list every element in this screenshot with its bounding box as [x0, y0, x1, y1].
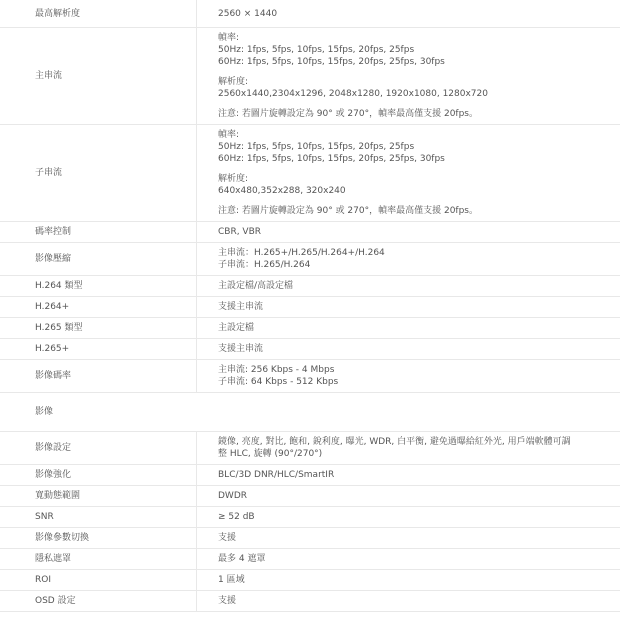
spec-value-line: 2560 × 1440	[218, 8, 578, 20]
spec-label: 影像碼率	[0, 360, 197, 392]
spec-label: 子串流	[0, 125, 197, 221]
spec-label: 影像強化	[0, 465, 197, 485]
spec-value-paragraph: 解析度:2560x1440,2304x1296, 2048x1280, 1920…	[218, 76, 578, 100]
spec-value-line: 注意: 若圖片旋轉設定為 90° 或 270°，幀率最高僅支援 20fps。	[218, 205, 578, 217]
spec-value-paragraph: 主設定檔/高設定檔	[218, 280, 578, 292]
spec-row: 影像設定鏡像, 亮度, 對比, 飽和, 銳利度, 曝光, WDR, 白平衡, 避…	[0, 432, 620, 465]
spec-row: H.265+支援主串流	[0, 339, 620, 360]
spec-value-paragraph: 主串流: 256 Kbps - 4 Mbps子串流: 64 Kbps - 512…	[218, 364, 578, 388]
spec-label: OSD 設定	[0, 591, 197, 611]
spec-value-paragraph: 注意: 若圖片旋轉設定為 90° 或 270°，幀率最高僅支援 20fps。	[218, 205, 578, 217]
spec-value-line: 支援主串流	[218, 301, 578, 313]
spec-value-line: 50Hz: 1fps, 5fps, 10fps, 15fps, 20fps, 2…	[218, 141, 578, 153]
section-title: 影像	[0, 393, 620, 431]
spec-row: H.264+支援主串流	[0, 297, 620, 318]
spec-label: 隱私遮罩	[0, 549, 197, 569]
spec-row: 影像參數切換支援	[0, 528, 620, 549]
spec-value-line: 注意: 若圖片旋轉設定為 90° 或 270°，幀率最高僅支援 20fps。	[218, 108, 578, 120]
spec-value-line: 60Hz: 1fps, 5fps, 10fps, 15fps, 20fps, 2…	[218, 153, 578, 165]
spec-value-paragraph: 注意: 若圖片旋轉設定為 90° 或 270°，幀率最高僅支援 20fps。	[218, 108, 578, 120]
spec-value-line: 支援主串流	[218, 343, 578, 355]
spec-value-line: 子串流: 64 Kbps - 512 Kbps	[218, 376, 578, 388]
spec-label: ROI	[0, 570, 197, 590]
spec-label: 碼率控制	[0, 222, 197, 242]
spec-row: 最高解析度2560 × 1440	[0, 0, 620, 28]
spec-row: 影像強化BLC/3D DNR/HLC/SmartIR	[0, 465, 620, 486]
spec-value: 幀率:50Hz: 1fps, 5fps, 10fps, 15fps, 20fps…	[197, 125, 620, 221]
spec-value-line: 子串流：H.265/H.264	[218, 259, 578, 271]
spec-value-line: BLC/3D DNR/HLC/SmartIR	[218, 469, 578, 481]
spec-value-paragraph: BLC/3D DNR/HLC/SmartIR	[218, 469, 578, 481]
spec-value: 主設定檔/高設定檔	[197, 276, 620, 296]
spec-value: BLC/3D DNR/HLC/SmartIR	[197, 465, 620, 485]
spec-value: 支援主串流	[197, 339, 620, 359]
spec-sheet: 最高解析度2560 × 1440主串流幀率:50Hz: 1fps, 5fps, …	[0, 0, 620, 612]
spec-row: SNR≥ 52 dB	[0, 507, 620, 528]
spec-label: 寬動態範圍	[0, 486, 197, 506]
spec-value-line: 主串流：H.265+/H.265/H.264+/H.264	[218, 247, 578, 259]
spec-label: 最高解析度	[0, 0, 197, 27]
spec-row: 影像壓縮主串流：H.265+/H.265/H.264+/H.264子串流：H.2…	[0, 243, 620, 276]
spec-value-paragraph: 支援	[218, 595, 578, 607]
spec-value-line: ≥ 52 dB	[218, 511, 578, 523]
spec-value-paragraph: 最多 4 遮罩	[218, 553, 578, 565]
spec-value-line: 主串流: 256 Kbps - 4 Mbps	[218, 364, 578, 376]
spec-value-paragraph: 支援主串流	[218, 301, 578, 313]
spec-value-line: 60Hz: 1fps, 5fps, 10fps, 15fps, 20fps, 2…	[218, 56, 578, 68]
spec-row: H.264 類型主設定檔/高設定檔	[0, 276, 620, 297]
spec-label: H.264 類型	[0, 276, 197, 296]
spec-value-line: 解析度:	[218, 76, 578, 88]
spec-value-line: 解析度:	[218, 173, 578, 185]
spec-value-line: 最多 4 遮罩	[218, 553, 578, 565]
spec-value-paragraph: DWDR	[218, 490, 578, 502]
spec-value: 主串流: 256 Kbps - 4 Mbps子串流: 64 Kbps - 512…	[197, 360, 620, 392]
spec-value-line: CBR, VBR	[218, 226, 578, 238]
spec-value-line: 主設定檔/高設定檔	[218, 280, 578, 292]
spec-table: 最高解析度2560 × 1440主串流幀率:50Hz: 1fps, 5fps, …	[0, 0, 620, 393]
spec-label: H.265+	[0, 339, 197, 359]
spec-section: 影像影像設定鏡像, 亮度, 對比, 飽和, 銳利度, 曝光, WDR, 白平衡,…	[0, 393, 620, 612]
spec-value: 幀率:50Hz: 1fps, 5fps, 10fps, 15fps, 20fps…	[197, 28, 620, 124]
spec-value-line: 幀率:	[218, 32, 578, 44]
spec-value-line: 2560x1440,2304x1296, 2048x1280, 1920x108…	[218, 88, 578, 100]
spec-value: DWDR	[197, 486, 620, 506]
spec-value: ≥ 52 dB	[197, 507, 620, 527]
spec-value-paragraph: 主串流：H.265+/H.265/H.264+/H.264子串流：H.265/H…	[218, 247, 578, 271]
spec-label: H.265 類型	[0, 318, 197, 338]
spec-value-line: 1 區域	[218, 574, 578, 586]
spec-value-paragraph: 1 區域	[218, 574, 578, 586]
spec-value: 支援	[197, 591, 620, 611]
spec-row: 寬動態範圍DWDR	[0, 486, 620, 507]
spec-value-line: DWDR	[218, 490, 578, 502]
spec-section: 最高解析度2560 × 1440主串流幀率:50Hz: 1fps, 5fps, …	[0, 0, 620, 393]
spec-page: 最高解析度2560 × 1440主串流幀率:50Hz: 1fps, 5fps, …	[0, 0, 620, 612]
spec-value-paragraph: 幀率:50Hz: 1fps, 5fps, 10fps, 15fps, 20fps…	[218, 129, 578, 165]
spec-row: 隱私遮罩最多 4 遮罩	[0, 549, 620, 570]
spec-value-paragraph: ≥ 52 dB	[218, 511, 578, 523]
spec-value: 1 區域	[197, 570, 620, 590]
spec-value-paragraph: 幀率:50Hz: 1fps, 5fps, 10fps, 15fps, 20fps…	[218, 32, 578, 68]
spec-value-line: 支援	[218, 532, 578, 544]
spec-value-paragraph: 2560 × 1440	[218, 8, 578, 20]
spec-label: 影像參數切換	[0, 528, 197, 548]
spec-value: 主串流：H.265+/H.265/H.264+/H.264子串流：H.265/H…	[197, 243, 620, 275]
spec-value: 支援	[197, 528, 620, 548]
spec-value: 主設定檔	[197, 318, 620, 338]
spec-value-line: 640x480,352x288, 320x240	[218, 185, 578, 197]
spec-value-paragraph: CBR, VBR	[218, 226, 578, 238]
spec-value: CBR, VBR	[197, 222, 620, 242]
spec-value-line: 50Hz: 1fps, 5fps, 10fps, 15fps, 20fps, 2…	[218, 44, 578, 56]
spec-row: ROI1 區域	[0, 570, 620, 591]
spec-value: 最多 4 遮罩	[197, 549, 620, 569]
spec-label: SNR	[0, 507, 197, 527]
spec-label: 影像設定	[0, 432, 197, 464]
spec-label: H.264+	[0, 297, 197, 317]
spec-label: 主串流	[0, 28, 197, 124]
spec-value-paragraph: 支援主串流	[218, 343, 578, 355]
spec-row: 主串流幀率:50Hz: 1fps, 5fps, 10fps, 15fps, 20…	[0, 28, 620, 125]
spec-row: 子串流幀率:50Hz: 1fps, 5fps, 10fps, 15fps, 20…	[0, 125, 620, 222]
spec-row: OSD 設定支援	[0, 591, 620, 612]
spec-value: 支援主串流	[197, 297, 620, 317]
spec-label: 影像壓縮	[0, 243, 197, 275]
spec-row: 碼率控制CBR, VBR	[0, 222, 620, 243]
spec-table: 影像設定鏡像, 亮度, 對比, 飽和, 銳利度, 曝光, WDR, 白平衡, 避…	[0, 431, 620, 612]
spec-value-paragraph: 支援	[218, 532, 578, 544]
spec-value-paragraph: 鏡像, 亮度, 對比, 飽和, 銳利度, 曝光, WDR, 白平衡, 避免過曝給…	[218, 436, 578, 460]
spec-value-line: 鏡像, 亮度, 對比, 飽和, 銳利度, 曝光, WDR, 白平衡, 避免過曝給…	[218, 436, 578, 460]
spec-value-line: 支援	[218, 595, 578, 607]
spec-row: 影像碼率主串流: 256 Kbps - 4 Mbps子串流: 64 Kbps -…	[0, 360, 620, 393]
spec-value-paragraph: 主設定檔	[218, 322, 578, 334]
spec-value-line: 幀率:	[218, 129, 578, 141]
spec-value-line: 主設定檔	[218, 322, 578, 334]
spec-value: 鏡像, 亮度, 對比, 飽和, 銳利度, 曝光, WDR, 白平衡, 避免過曝給…	[197, 432, 620, 464]
spec-value-paragraph: 解析度:640x480,352x288, 320x240	[218, 173, 578, 197]
spec-value: 2560 × 1440	[197, 0, 620, 27]
spec-row: H.265 類型主設定檔	[0, 318, 620, 339]
